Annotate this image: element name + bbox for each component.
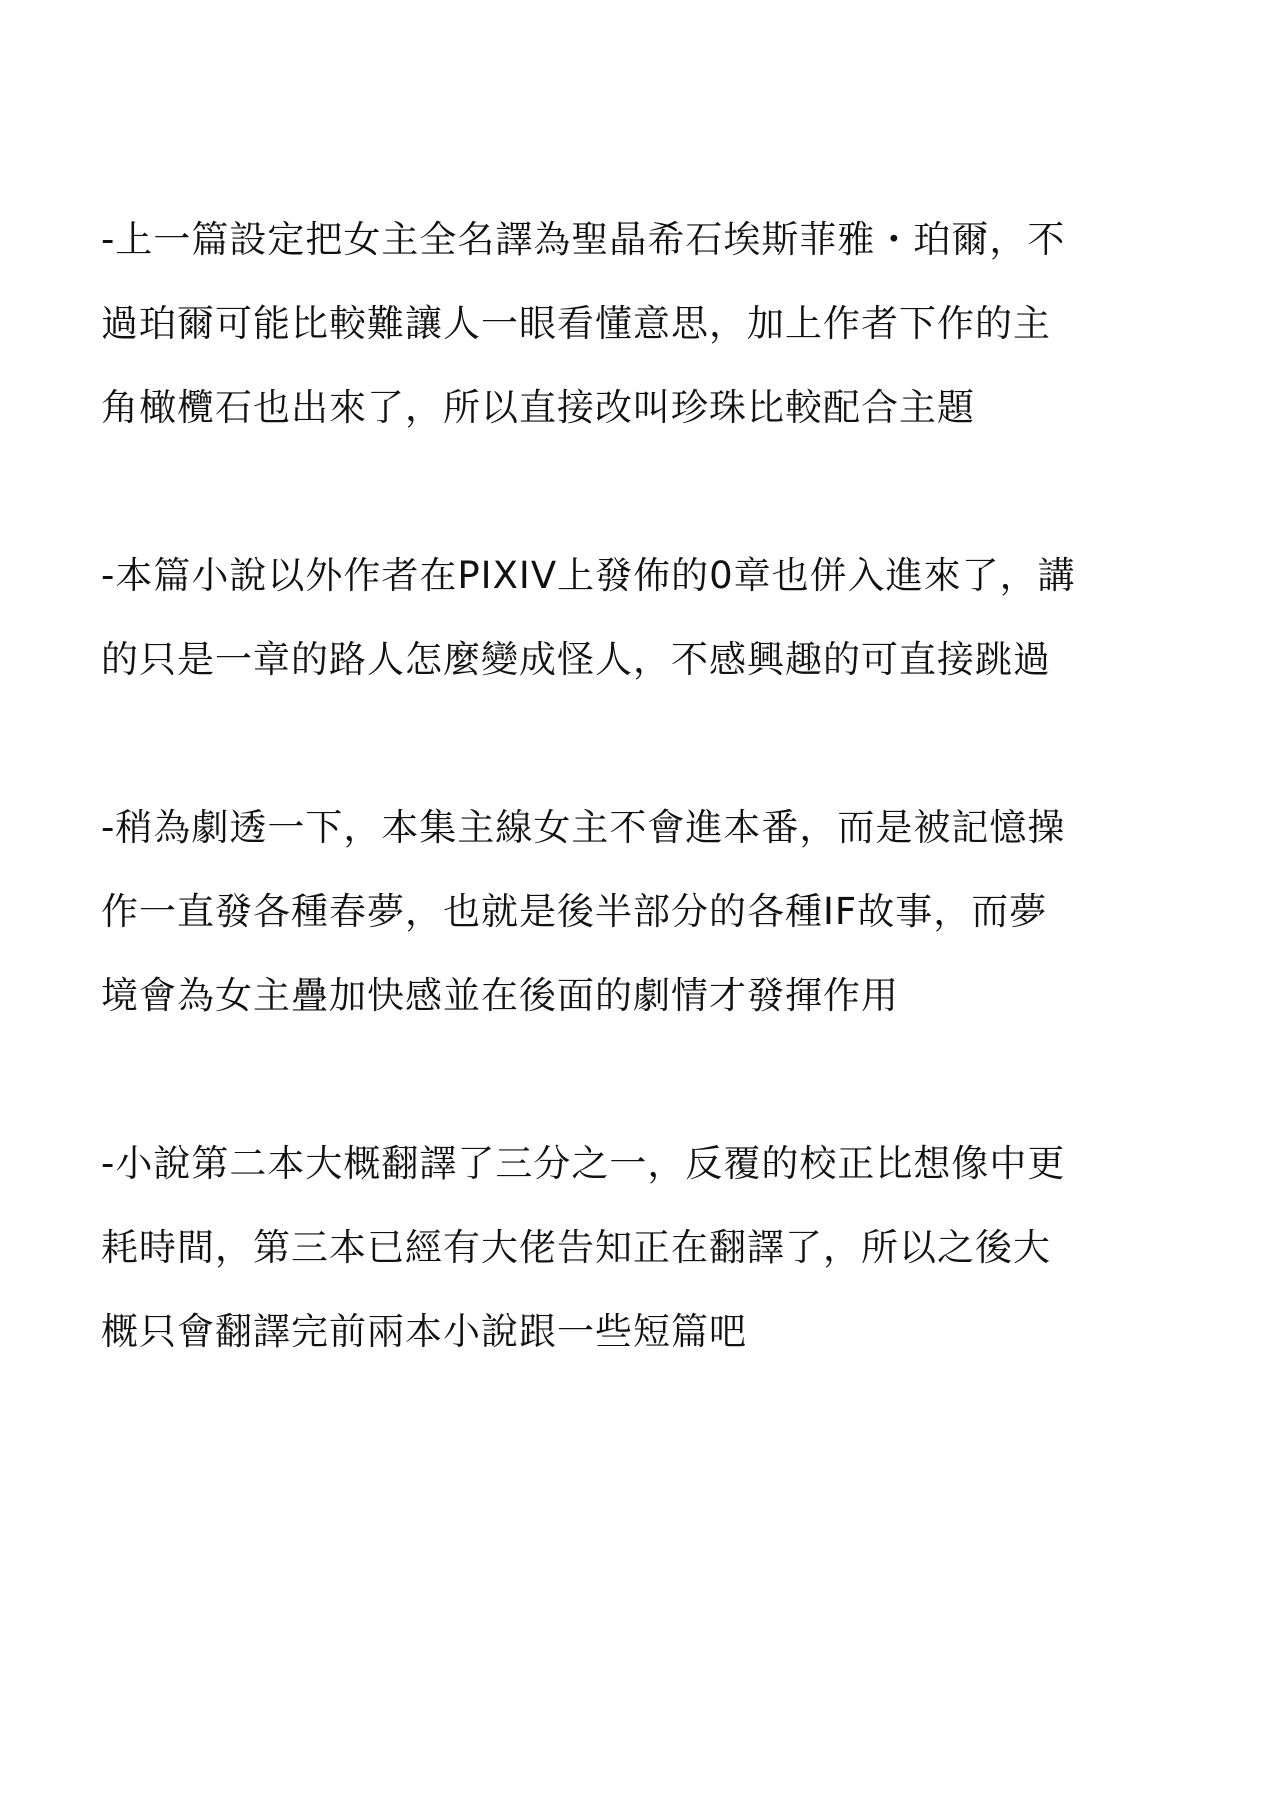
- note-line: 耗時間，第三本已經有大佬告知正在翻譯了，所以之後大: [101, 1206, 1101, 1290]
- note-paragraph-2: -本篇小說以外作者在PIXIV上發佈的0章也併入進來了，講 的只是一章的路人怎麼…: [101, 534, 1101, 702]
- translator-notes: -上一篇設定把女主全名譯為聖晶希石埃斯菲雅・珀爾，不 過珀爾可能比較難讓人一眼看…: [101, 198, 1101, 1458]
- note-line: -本篇小說以外作者在PIXIV上發佈的0章也併入進來了，講: [101, 534, 1101, 618]
- note-line: -上一篇設定把女主全名譯為聖晶希石埃斯菲雅・珀爾，不: [101, 198, 1101, 282]
- note-line: -稍為劇透一下，本集主線女主不會進本番，而是被記憶操: [101, 786, 1101, 870]
- note-line: -小說第二本大概翻譯了三分之一，反覆的校正比想像中更: [101, 1122, 1101, 1206]
- note-paragraph-4: -小說第二本大概翻譯了三分之一，反覆的校正比想像中更 耗時間，第三本已經有大佬告…: [101, 1122, 1101, 1374]
- note-paragraph-3: -稍為劇透一下，本集主線女主不會進本番，而是被記憶操 作一直發各種春夢，也就是後…: [101, 786, 1101, 1038]
- note-paragraph-1: -上一篇設定把女主全名譯為聖晶希石埃斯菲雅・珀爾，不 過珀爾可能比較難讓人一眼看…: [101, 198, 1101, 450]
- note-line: 的只是一章的路人怎麼變成怪人，不感興趣的可直接跳過: [101, 618, 1101, 702]
- document-page: -上一篇設定把女主全名譯為聖晶希石埃斯菲雅・珀爾，不 過珀爾可能比較難讓人一眼看…: [0, 0, 1280, 1819]
- note-line: 作一直發各種春夢，也就是後半部分的各種IF故事，而夢: [101, 870, 1101, 954]
- note-line: 角橄欖石也出來了，所以直接改叫珍珠比較配合主題: [101, 366, 1101, 450]
- note-line: 過珀爾可能比較難讓人一眼看懂意思，加上作者下作的主: [101, 282, 1101, 366]
- note-line: 概只會翻譯完前兩本小說跟一些短篇吧: [101, 1290, 1101, 1374]
- note-line: 境會為女主疊加快感並在後面的劇情才發揮作用: [101, 954, 1101, 1038]
